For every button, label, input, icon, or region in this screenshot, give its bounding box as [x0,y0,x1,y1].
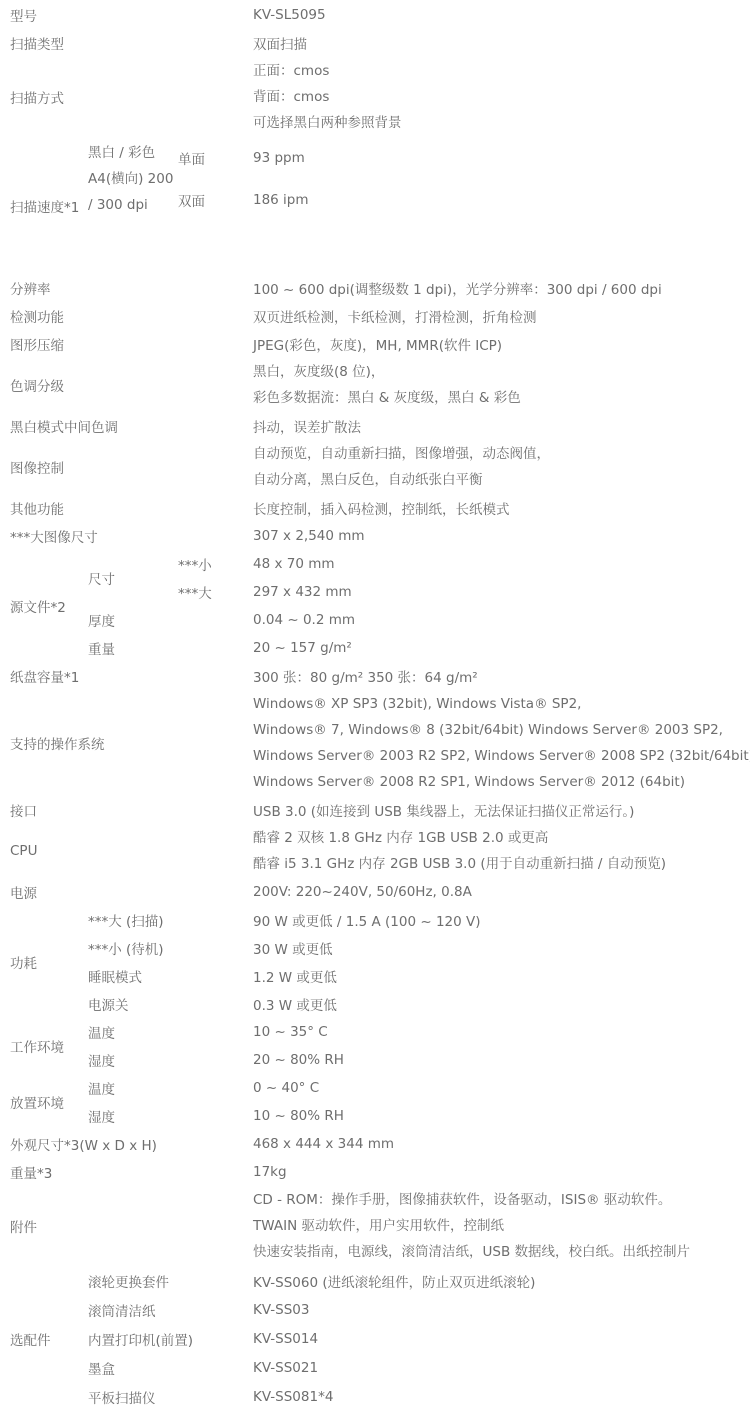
spec-label: 附件 [10,1216,88,1236]
spec-value-line: 黑白，灰度级(8 位)， [253,359,742,385]
spec-sublabel: 墨盒 [88,1358,178,1378]
spec-value-line: 可选择黑白两种参照背景 [253,110,742,136]
spec-sublabel: 内置打印机(前置) [88,1329,178,1349]
spec-row-model: 型号 KV-SL5095 [10,1,742,29]
spec-row-other-functions: 其他功能 长度控制，插入码检测，控制纸，长纸模式 [10,494,742,522]
spec-label: 纸盘容量*1 [10,666,88,686]
spec-subrow: ***小 (待机) 30 W 或更低 [88,934,742,962]
spec-label: 图像控制 [10,457,88,477]
spec-value-lines: 黑白，灰度级(8 位)， 彩色多数据流：黑白 & 灰度级，黑白 & 彩色 [253,358,742,412]
spec-sublabel: 滚轮更换套件 [88,1271,178,1291]
spec-value: 307 x 2,540 mm [253,528,742,544]
spec-sublabel: 双面 [178,190,253,210]
spec-value: 双页进纸检测，卡纸检测，打滑检测，折角检测 [253,306,742,326]
spec-value: JPEG(彩色，灰度)，MH, MMR(软件 ICP) [253,334,742,354]
spec-label: 接口 [10,800,88,820]
spec-row-tray-capacity: 纸盘容量*1 300 张：80 g/m² 350 张：64 g/m² [10,662,742,690]
spec-label: 扫描类型 [10,33,88,53]
spec-sublabel: 重量 [88,638,178,658]
spec-label: 工作环境 [10,1036,88,1056]
spec-subrow-weight: 重量 20 ~ 157 g/m² [88,634,742,662]
spec-value: 20 ~ 157 g/m² [253,640,742,656]
spec-subrow: 内置打印机(前置) KV-SS014 [88,1324,742,1353]
spec-row-operating-environment: 工作环境 温度 10 ~ 35° C 湿度 20 ~ 80% RH [10,1018,742,1074]
spec-label: 图形压缩 [10,334,88,354]
spec-subrow: ***大 297 x 432 mm [178,578,742,606]
spec-sublabel: 尺寸 [88,568,178,588]
spec-sublabel: 湿度 [88,1106,178,1126]
spec-value-line: 自动预览，自动重新扫描，图像增强，动态阀值， [253,441,742,467]
spec-value: KV-SS081*4 [253,1389,742,1405]
spec-value: KV-SS021 [253,1360,742,1376]
spec-label: 电源 [10,882,88,902]
spec-sublabel: ***大 (扫描) [88,910,178,930]
spec-subrow: 墨盒 KV-SS021 [88,1353,742,1382]
spec-row-cpu: CPU 酷睿 2 双核 1.8 GHz 内存 1GB USB 2.0 或更高 酷… [10,824,742,878]
spec-value-line: 正面：cmos [253,58,742,84]
spec-value: 10 ~ 80% RH [253,1108,742,1124]
spec-value: KV-SL5095 [253,7,742,23]
spec-label: 支持的操作系统 [10,733,88,753]
spec-row-power-consumption: 功耗 ***大 (扫描) 90 W 或更低 / 1.5 A (100 ~ 120… [10,906,742,1018]
spec-value-line: 酷睿 2 双核 1.8 GHz 内存 1GB USB 2.0 或更高 [253,825,742,851]
spec-label: 重量*3 [10,1162,88,1182]
spec-sublabel: 温度 [88,1078,178,1098]
spec-value-line: CD - ROM：操作手册，图像捕获软件，设备驱动，ISIS® 驱动软件。 [253,1187,742,1213]
spec-row-image-control: 图像控制 自动预览，自动重新扫描，图像增强，动态阀值， 自动分离，黑白反色，自动… [10,440,742,494]
spec-label: 放置环境 [10,1092,88,1112]
spec-subrow: 滚筒清洁纸 KV-SS03 [88,1295,742,1324]
spec-value-lines: 酷睿 2 双核 1.8 GHz 内存 1GB USB 2.0 或更高 酷睿 i5… [253,824,742,878]
spec-row-power-supply: 电源 200V: 220~240V, 50/60Hz, 0.8A [10,878,742,906]
spec-subrow: 电源关 0.3 W 或更低 [88,990,742,1018]
spec-value-line: 自动分离，黑白反色，自动纸张白平衡 [253,467,742,493]
spec-value: 10 ~ 35° C [253,1024,742,1040]
spec-subrow: 单面 93 ppm [178,137,742,179]
spec-subrow-thickness: 厚度 0.04 ~ 0.2 mm [88,606,742,634]
spec-label: 黑白模式中间色调 [10,416,88,436]
spec-row-options: 选配件 滚轮更换套件 KV-SS060 (进纸滚轮组件，防止双页进纸滚轮) 滚筒… [10,1266,742,1411]
spec-value: 93 ppm [253,150,742,166]
spec-value: 1.2 W 或更低 [253,966,742,986]
spec-label: 扫描方式 [10,87,88,107]
spec-value-line: 彩色多数据流：黑白 & 灰度级，黑白 & 彩色 [253,385,742,411]
spec-row-max-image-size: ***大图像尺寸 307 x 2,540 mm [10,522,742,550]
spec-value: 17kg [253,1164,742,1180]
spec-sublabel: 湿度 [88,1050,178,1070]
spec-row-detection: 检测功能 双页进纸检测，卡纸检测，打滑检测，折角检测 [10,302,742,330]
spec-value-lines: Windows® XP SP3 (32bit), Windows Vista® … [253,690,750,796]
spec-subrow: 滚轮更换套件 KV-SS060 (进纸滚轮组件，防止双页进纸滚轮) [88,1266,742,1295]
spec-subrow: 温度 0 ~ 40° C [88,1074,742,1102]
spec-subrow: 温度 10 ~ 35° C [88,1018,742,1046]
spec-label: 其他功能 [10,498,88,518]
spec-subrow: 湿度 10 ~ 80% RH [88,1102,742,1130]
spec-label: 外观尺寸*3(W x D x H) [10,1134,88,1154]
spec-label: 型号 [10,5,88,25]
spec-value: 30 W 或更低 [253,938,742,958]
spec-value: 长度控制，插入码检测，控制纸，长纸模式 [253,498,742,518]
spec-subrow: 湿度 20 ~ 80% RH [88,1046,742,1074]
spec-row-supported-os: 支持的操作系统 Windows® XP SP3 (32bit), Windows… [10,690,742,796]
spec-sublabel: 单面 [178,148,253,168]
spec-value-line: TWAIN 驱动软件，用户实用软件，控制纸 [253,1213,742,1239]
spec-row-scan-speed: 扫描速度*1 黑白 / 彩色 A4(横向) 200 / 300 dpi 单面 9… [10,137,742,221]
spec-row-weight: 重量*3 17kg [10,1158,742,1186]
spec-value-lines: 自动预览，自动重新扫描，图像增强，动态阀值， 自动分离，黑白反色，自动纸张白平衡 [253,440,742,494]
spec-value: 100 ~ 600 dpi(调整级数 1 dpi)，光学分辨率：300 dpi … [253,278,742,298]
spec-sublabel: ***小 [178,554,253,574]
spec-label: ***大图像尺寸 [10,526,88,546]
spec-value: KV-SS03 [253,1302,742,1318]
spec-sublabel: 平板扫描仪 [88,1387,178,1407]
spec-value: 双面扫描 [253,33,742,53]
spec-value: KV-SS014 [253,1331,742,1347]
spec-label: CPU [10,843,88,859]
spec-sublabel: 温度 [88,1022,178,1042]
spec-row-scan-type: 扫描类型 双面扫描 [10,29,742,57]
spec-row-bw-halftone: 黑白模式中间色调 抖动，误差扩散法 [10,412,742,440]
spec-value: 抖动，误差扩散法 [253,416,742,436]
spec-value-line: 背面：cmos [253,84,742,110]
spec-value: 20 ~ 80% RH [253,1052,742,1068]
spec-label: 分辨率 [10,278,88,298]
spec-value-line: 酷睿 i5 3.1 GHz 内存 2GB USB 3.0 (用于自动重新扫描 /… [253,851,742,877]
spec-sublabel: ***小 (待机) [88,938,178,958]
spec-label: 扫描速度*1 [10,196,88,221]
spec-subrow: 双面 186 ipm [178,179,742,221]
spec-label: 色调分级 [10,375,88,395]
spec-value: 90 W 或更低 / 1.5 A (100 ~ 120 V) [253,910,742,930]
spec-value: 300 张：80 g/m² 350 张：64 g/m² [253,666,742,686]
spec-subrow-size: 尺寸 ***小 48 x 70 mm ***大 297 x 432 mm [88,550,742,606]
spec-subrow: 平板扫描仪 KV-SS081*4 [88,1382,742,1411]
spec-label: 功耗 [10,952,88,972]
spec-row-compression: 图形压缩 JPEG(彩色，灰度)，MH, MMR(软件 ICP) [10,330,742,358]
spec-sublabel: 睡眠模式 [88,966,178,986]
spec-row-accessories: 附件 CD - ROM：操作手册，图像捕获软件，设备驱动，ISIS® 驱动软件。… [10,1186,742,1266]
spec-value: 48 x 70 mm [253,556,742,572]
spec-row-interface: 接口 USB 3.0 (如连接到 USB 集线器上，无法保证扫描仪正常运行。) [10,796,742,824]
spec-value: 200V: 220~240V, 50/60Hz, 0.8A [253,884,742,900]
spec-value-lines: 正面：cmos 背面：cmos 可选择黑白两种参照背景 [253,57,742,137]
spec-row-dimensions: 外观尺寸*3(W x D x H) 468 x 444 x 344 mm [10,1130,742,1158]
spec-label: 检测功能 [10,306,88,326]
spec-table: 型号 KV-SL5095 扫描类型 双面扫描 扫描方式 正面：cmos 背面：c… [0,0,750,1421]
spec-subrow: ***小 48 x 70 mm [178,550,742,578]
spec-value-line: Windows® 7, Windows® 8 (32bit/64bit) Win… [253,717,750,743]
spec-row-source-document: 源文件*2 尺寸 ***小 48 x 70 mm ***大 297 x 432 … [10,550,742,662]
spec-value: 0 ~ 40° C [253,1080,742,1096]
spec-row-scan-method: 扫描方式 正面：cmos 背面：cmos 可选择黑白两种参照背景 [10,57,742,137]
spec-value: 0.3 W 或更低 [253,994,742,1014]
spec-subrow: 睡眠模式 1.2 W 或更低 [88,962,742,990]
spec-row-tone-levels: 色调分级 黑白，灰度级(8 位)， 彩色多数据流：黑白 & 灰度级，黑白 & 彩… [10,358,742,412]
spec-sublabel: 电源关 [88,994,178,1014]
spec-value-line: Windows® XP SP3 (32bit), Windows Vista® … [253,691,750,717]
spec-sublabel: ***大 [178,582,253,602]
spec-value: 468 x 444 x 344 mm [253,1136,742,1152]
spec-value: 0.04 ~ 0.2 mm [253,612,742,628]
spec-value-line: Windows Server® 2008 R2 SP1, Windows Ser… [253,769,750,795]
spec-sublabel: 滚筒清洁纸 [88,1300,178,1320]
spec-value: 297 x 432 mm [253,584,742,600]
spec-row-storage-environment: 放置环境 温度 0 ~ 40° C 湿度 10 ~ 80% RH [10,1074,742,1130]
spec-value-lines: CD - ROM：操作手册，图像捕获软件，设备驱动，ISIS® 驱动软件。 TW… [253,1186,742,1266]
spec-value: 186 ipm [253,192,742,208]
spec-label: 源文件*2 [10,596,88,616]
spec-sublabel-condition: 黑白 / 彩色 A4(横向) 200 / 300 dpi [88,137,178,218]
spec-value-line: 快速安装指南，电源线，滚筒清洁纸，USB 数据线，校白纸。出纸控制片 [253,1239,742,1265]
spec-label: 选配件 [10,1329,88,1349]
spec-subrow: ***大 (扫描) 90 W 或更低 / 1.5 A (100 ~ 120 V) [88,906,742,934]
spec-value-line: Windows Server® 2003 R2 SP2, Windows Ser… [253,743,750,769]
spec-sublabel: 厚度 [88,610,178,630]
spec-value: USB 3.0 (如连接到 USB 集线器上，无法保证扫描仪正常运行。) [253,800,742,820]
spec-value: KV-SS060 (进纸滚轮组件，防止双页进纸滚轮) [253,1271,742,1291]
spec-row-resolution: 分辨率 100 ~ 600 dpi(调整级数 1 dpi)，光学分辨率：300 … [10,274,742,302]
